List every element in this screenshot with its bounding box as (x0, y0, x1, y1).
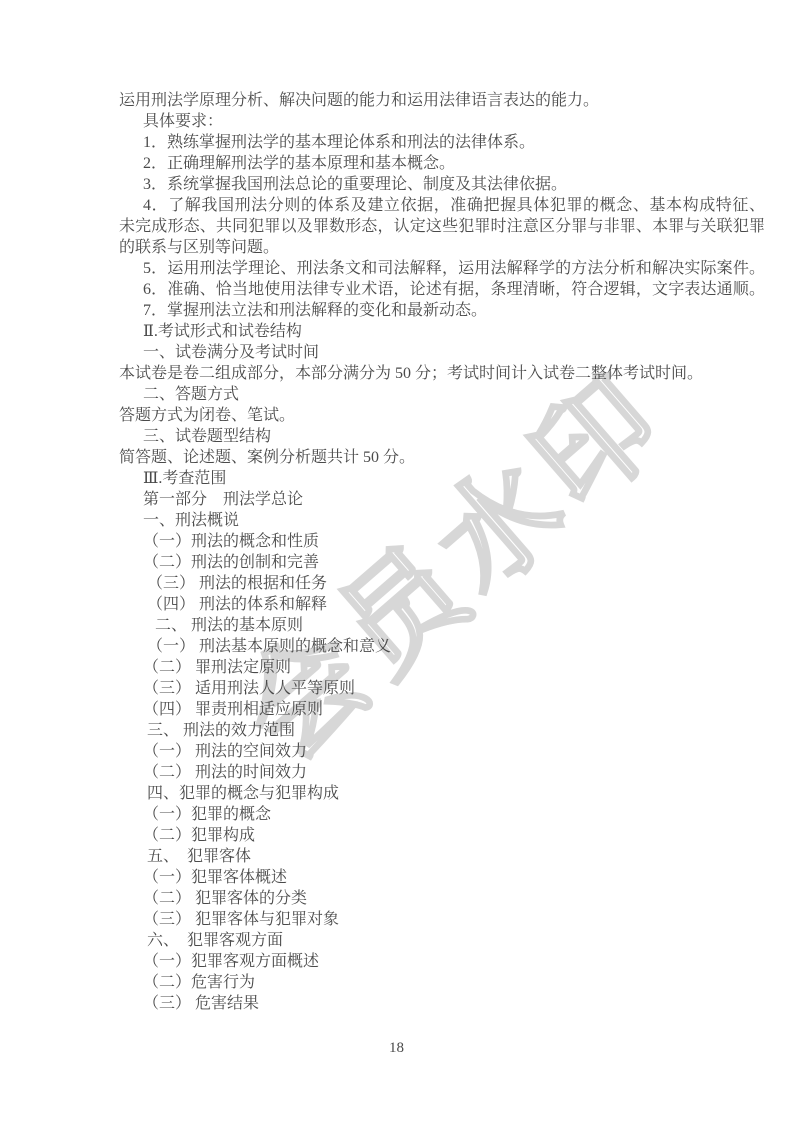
text-line: 1．熟练掌握刑法学的基本理论体系和刑法的法律体系。 (143, 132, 765, 153)
text-line: Ⅱ.考试形式和试卷结构 (143, 321, 765, 342)
text-line: （三） 刑法的根据和任务 (147, 573, 765, 594)
text-line: 5．运用刑法学理论、刑法条文和司法解释，运用法解释学的方法分析和解决实际案件。 (143, 258, 765, 279)
text-line: 四、犯罪的概念与犯罪构成 (147, 783, 765, 804)
text-line: 简答题、论述题、案例分析题共计 50 分。 (119, 447, 765, 468)
text-line: 本试卷是卷二组成部分，本部分满分为 50 分；考试时间计入试卷二整体考试时间。 (119, 363, 765, 384)
document-page: 会员水印 运用刑法学原理分析、解决问题的能力和运用法律语言表达的能力。具体要求：… (0, 0, 793, 1122)
text-line: （二） 刑法的时间效力 (143, 762, 765, 783)
page-number: 18 (0, 1040, 793, 1057)
text-line: （四） 罪责刑相适应原则 (143, 699, 765, 720)
text-line: （一） 刑法的空间效力 (143, 741, 765, 762)
text-line: （三） 犯罪客体与犯罪对象 (143, 909, 765, 930)
text-line: 答题方式为闭卷、笔试。 (119, 405, 765, 426)
text-line: 7．掌握刑法立法和刑法解释的变化和最新动态。 (143, 300, 765, 321)
text-line: 二、 刑法的基本原则 (155, 615, 765, 636)
text-line: （一）犯罪的概念 (143, 804, 765, 825)
text-line: 六、 犯罪客观方面 (147, 930, 765, 951)
text-line: 一、刑法概说 (143, 510, 765, 531)
document-body: 运用刑法学原理分析、解决问题的能力和运用法律语言表达的能力。具体要求：1．熟练掌… (119, 90, 765, 1014)
text-line: （四） 刑法的体系和解释 (147, 594, 765, 615)
text-line: （二） 犯罪客体的分类 (143, 888, 765, 909)
text-line: 一、试卷满分及考试时间 (143, 342, 765, 363)
text-line: 第一部分 刑法学总论 (143, 489, 765, 510)
text-line: （二）刑法的创制和完善 (143, 552, 765, 573)
text-line: （一）刑法的概念和性质 (143, 531, 765, 552)
text-line: 4．了解我国刑法分则的体系及建立依据，准确把握具体犯罪的概念、基本构成特征、 (143, 195, 765, 216)
text-line: 二、答题方式 (143, 384, 765, 405)
text-line: （一）犯罪客观方面概述 (143, 951, 765, 972)
text-line: （一） 刑法基本原则的概念和意义 (147, 636, 765, 657)
text-line: 三、 刑法的效力范围 (147, 720, 765, 741)
text-line: （二）危害行为 (143, 972, 765, 993)
text-line: 未完成形态、共同犯罪以及罪数形态，认定这些犯罪时注意区分罪与非罪、本罪与关联犯罪 (119, 216, 765, 237)
text-line: （二）犯罪构成 (143, 825, 765, 846)
text-line: 具体要求： (143, 111, 765, 132)
text-line: （二） 罪刑法定原则 (143, 657, 765, 678)
text-line: 3．系统掌握我国刑法总论的重要理论、制度及其法律依据。 (143, 174, 765, 195)
text-line: 2．正确理解刑法学的基本原理和基本概念。 (143, 153, 765, 174)
text-line: 三、试卷题型结构 (143, 426, 765, 447)
text-line: 6．准确、恰当地使用法律专业术语，论述有据，条理清晰，符合逻辑，文字表达通顺。 (143, 279, 765, 300)
text-line: （一）犯罪客体概述 (143, 867, 765, 888)
text-line: 五、 犯罪客体 (147, 846, 765, 867)
text-line: （三） 适用刑法人人平等原则 (143, 678, 765, 699)
text-line: Ⅲ.考查范围 (143, 468, 765, 489)
text-line: 运用刑法学原理分析、解决问题的能力和运用法律语言表达的能力。 (119, 90, 765, 111)
text-line: （三） 危害结果 (143, 993, 765, 1014)
text-line: 的联系与区别等问题。 (119, 237, 765, 258)
